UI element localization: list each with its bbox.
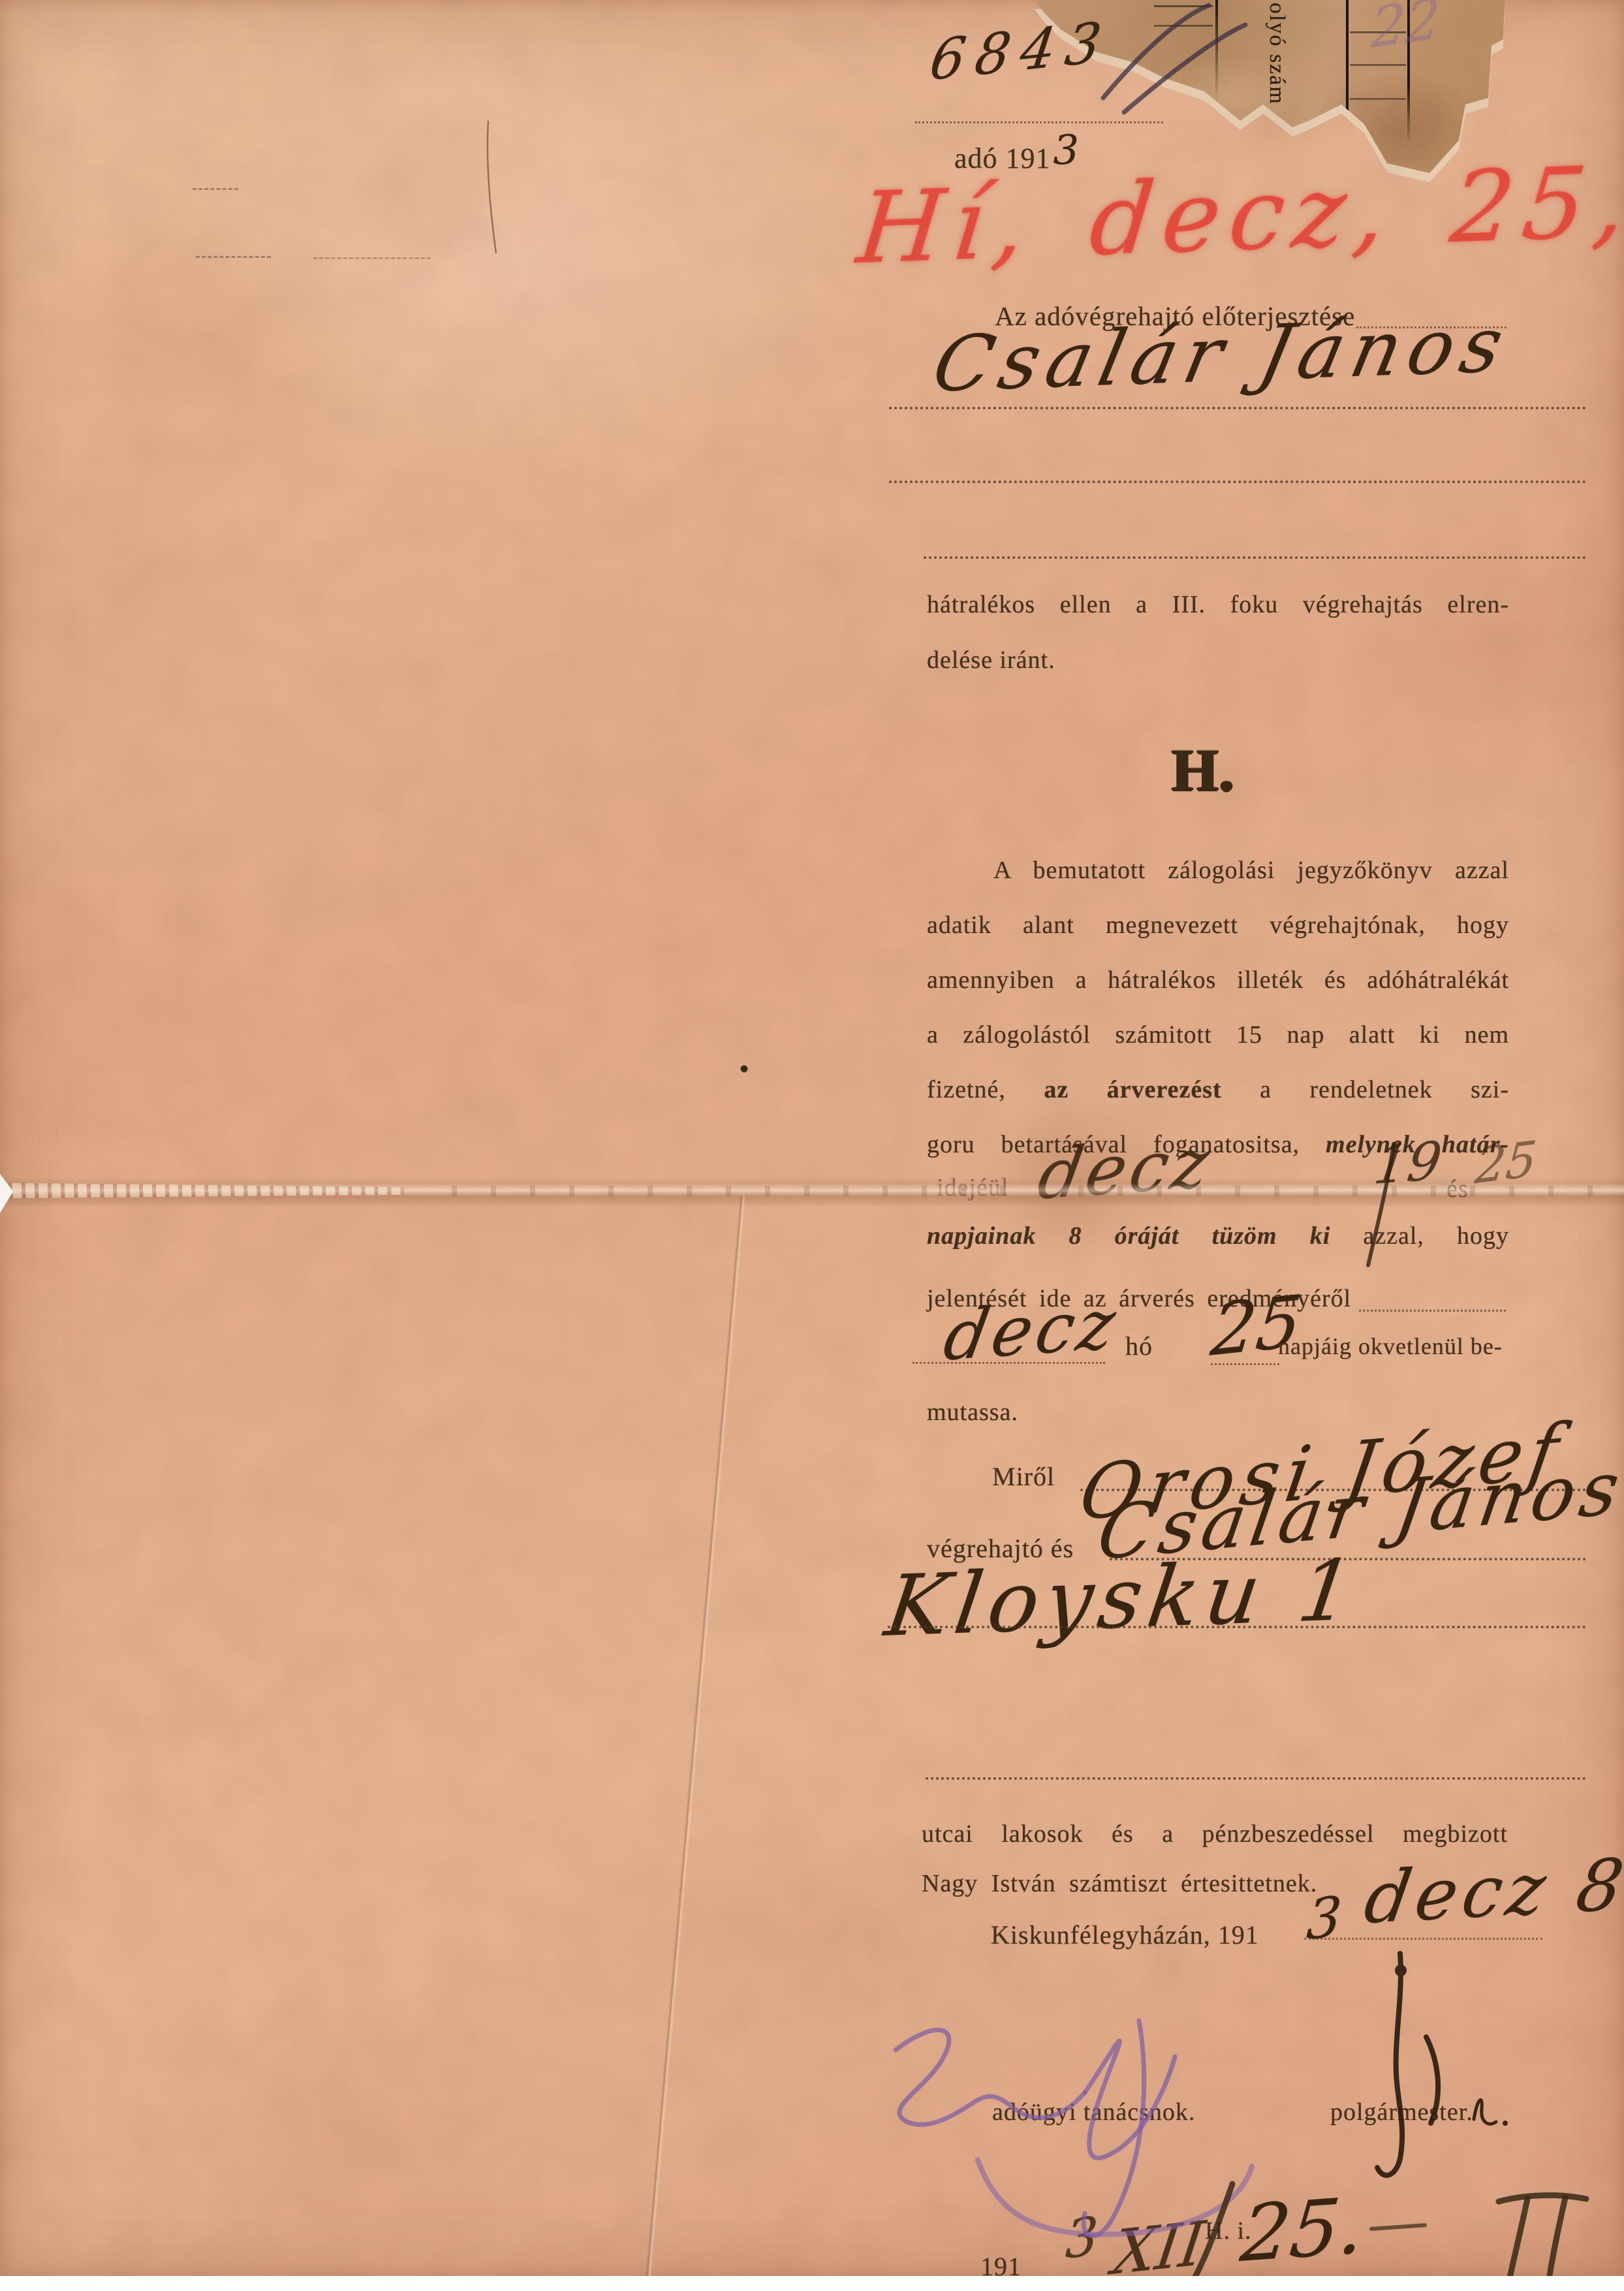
bleed-mark xyxy=(196,256,271,258)
body-line-5c: a rendeletnek szi- xyxy=(1260,1076,1509,1103)
fill-line xyxy=(889,481,1586,483)
footer-hand-date: 3 xyxy=(1065,2209,1099,2267)
closing-date-rule xyxy=(1304,1938,1542,1940)
scrap-tick xyxy=(1350,98,1406,100)
body-line-3: amennyiben a hátralékos illeték és adóhá… xyxy=(927,966,1509,994)
vertical-fold-crease xyxy=(645,1196,746,2277)
fold-crease-speckle xyxy=(418,1186,1624,1196)
body-line-1: A bemutatott zálogolási jegyzőkönyv azza… xyxy=(993,857,1509,885)
scrap-purple-number: 22 xyxy=(1370,0,1441,56)
body-line-10: napjáig okvetlenül be- xyxy=(1278,1333,1503,1359)
debtor-name-entry: Csalár János xyxy=(927,307,1517,403)
body-line-5b-bold: az árverezést xyxy=(1044,1076,1221,1103)
closing-top-line xyxy=(926,1777,1586,1780)
closing-date-entry: decz 8 xyxy=(1360,1850,1624,1935)
street-fill-line xyxy=(888,1626,1586,1628)
report-day-rule xyxy=(1211,1363,1279,1365)
closing-line-1: utcai lakosok és a pénzbeszedéssel megbi… xyxy=(922,1820,1508,1848)
red-crayon-note: Hí, decz, 25, xyxy=(853,153,1624,278)
pinhole xyxy=(740,1063,749,1075)
scrap-tick xyxy=(1154,5,1213,7)
body-line-8a-bold-italic: napjainak 8 óráját tüzöm ki xyxy=(927,1222,1330,1250)
report-month-rule xyxy=(913,1362,1105,1364)
scrap-rule-line xyxy=(1215,0,1218,101)
mirol-label: Miről xyxy=(992,1462,1055,1492)
body-line-8: napjainak 8 óráját tüzöm ki azzal, hogy xyxy=(927,1222,1509,1250)
body-line-8b: azzal, hogy xyxy=(1363,1222,1509,1250)
footer-ref-tail xyxy=(1369,2223,1427,2231)
body-line-2: adatik alant megnevezett végrehajtónak, … xyxy=(927,911,1509,940)
signature-right-label: polgármester. xyxy=(1330,2098,1473,2126)
body-line-5: fizetné, az árverezést a rendeletnek szi… xyxy=(927,1076,1509,1104)
scrap-tick xyxy=(1350,64,1406,66)
footer-hand-month: XII xyxy=(1110,2213,1208,2277)
place-date-printed: Kiskunfélegyházán, 191 xyxy=(991,1921,1259,1950)
bleed-mark xyxy=(313,257,431,259)
bleed-mark xyxy=(193,188,238,190)
body-line-11: mutassa. xyxy=(927,1398,1018,1427)
report-month-entry: decz xyxy=(939,1289,1124,1370)
scrap-label-text: olyó szám xyxy=(1264,3,1289,114)
clause-line-2: delése iránt. xyxy=(927,646,1055,674)
body-line-4: a zálogolástól számitott 15 nap alatt ki… xyxy=(927,1021,1509,1049)
body-line-5a: fizetné, xyxy=(927,1076,1006,1103)
street-entry: Kloysku 1 xyxy=(881,1549,1364,1649)
document-page: olyó szám 22 6843 adó 1913 Hí, decz, 25,… xyxy=(0,0,1624,2277)
scrap-rule-line xyxy=(1346,0,1349,170)
scrap-tick xyxy=(1154,25,1213,27)
case-number: 6843 xyxy=(927,14,1115,89)
clause-line-1: hátralékos ellen a III. foku végrehajtás… xyxy=(927,591,1509,619)
footer-hand-ref: 25. xyxy=(1238,2187,1368,2273)
scanner-edge-strip xyxy=(0,2276,1624,2291)
footer-year-printed: 191 xyxy=(980,2252,1022,2277)
line-9-leader xyxy=(1359,1310,1506,1312)
fill-line xyxy=(924,556,1586,559)
case-number-rule xyxy=(915,121,1163,123)
ho-label: hó xyxy=(1125,1332,1153,1361)
closing-line-2: Nagy István számtiszt értesittetnek. xyxy=(922,1870,1317,1898)
fill-line xyxy=(889,407,1586,409)
signature-left-label: adóügyi tanácsnok. xyxy=(992,2098,1195,2126)
section-heading: H. xyxy=(1172,736,1276,804)
